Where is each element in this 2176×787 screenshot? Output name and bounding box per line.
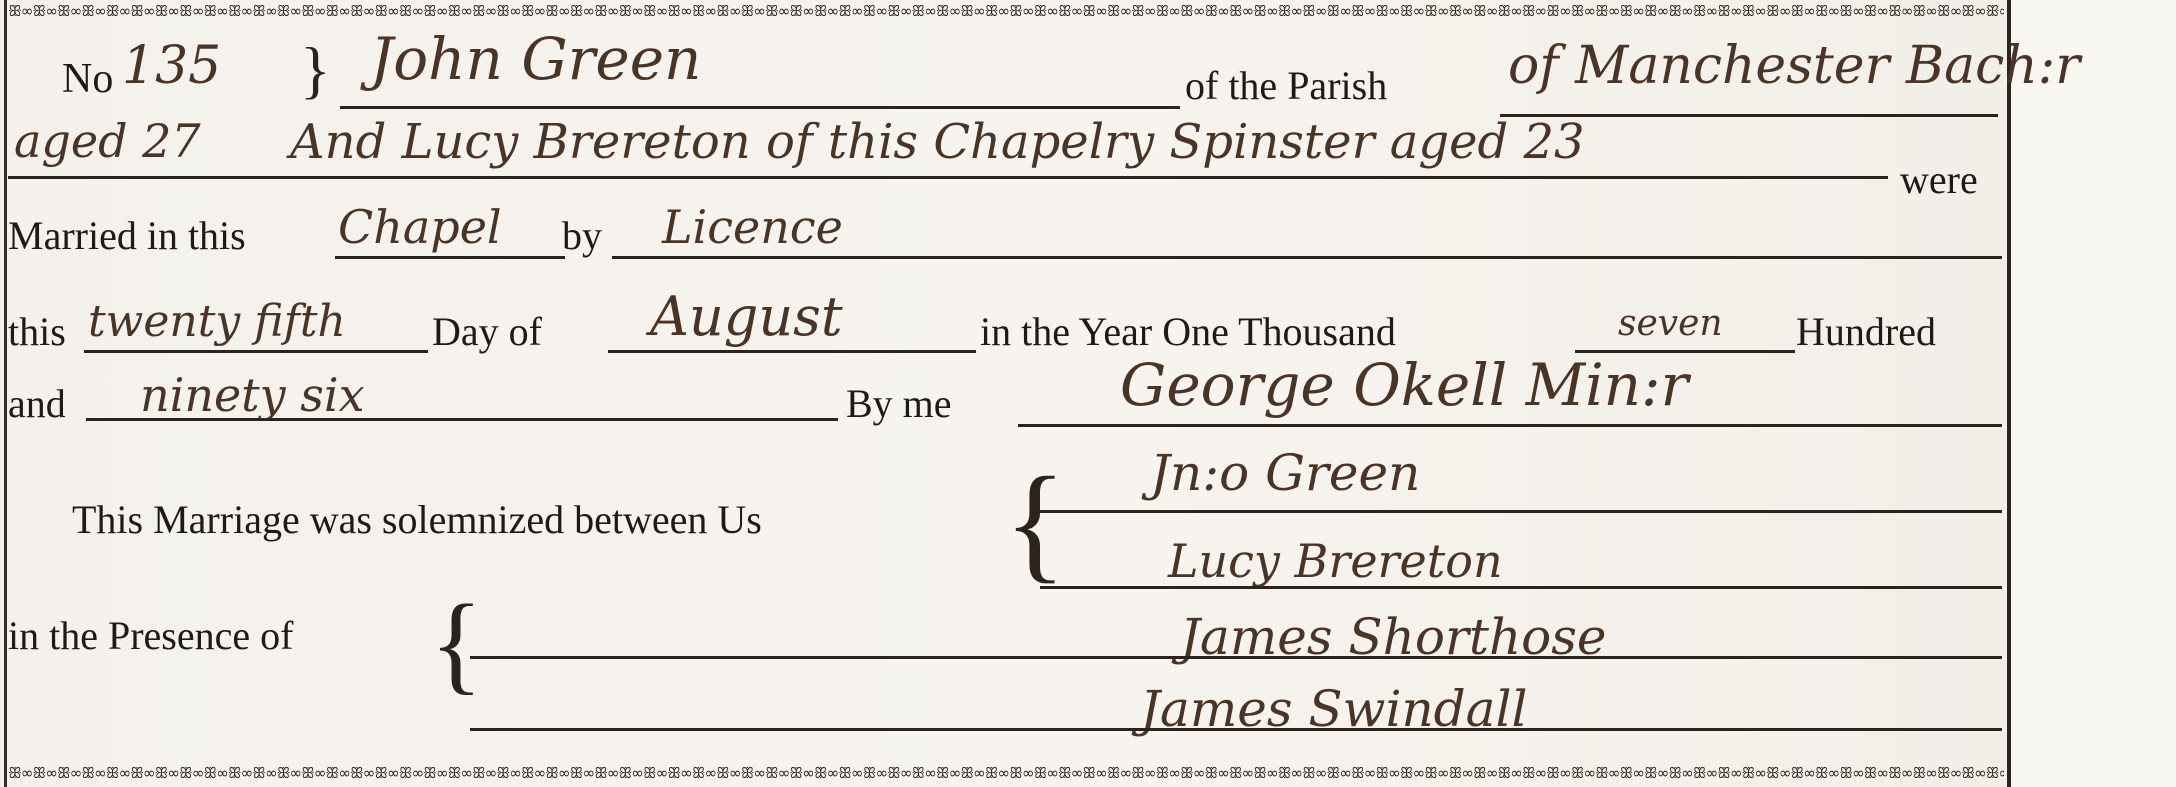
groom-age: aged 27: [14, 118, 201, 164]
brace-icon: }: [300, 38, 331, 102]
bride-line: And Lucy Brereton of this Chapelry Spins…: [290, 118, 1585, 166]
witness-signature-1: James Shorthose: [1180, 612, 1607, 662]
solemnized-label: This Marriage was solemnized between Us: [72, 500, 762, 540]
officiant-line: [1018, 424, 2002, 427]
presence-label: in the Presence of: [8, 616, 293, 656]
officiant-signature: George Okell Min:r: [1120, 356, 1688, 414]
ornamental-border-top: ꕥ∞ꕥ∞ꕥ∞ꕥ∞ꕥ∞ꕥ∞ꕥ∞ꕥ∞ꕥ∞ꕥ∞ꕥ∞ꕥ∞ꕥ∞ꕥ∞ꕥ∞ꕥ∞ꕥ∞ꕥ∞ꕥ∞ꕥ∞…: [8, 0, 2004, 22]
bride-line-rule: [8, 176, 1888, 179]
by-me-label: By me: [846, 384, 952, 424]
day-line: [84, 350, 428, 353]
by-value: Licence: [662, 204, 843, 250]
groom-signature-line: [1040, 510, 2002, 513]
bride-signature-line: [1040, 586, 2002, 589]
married-in-line: [335, 256, 565, 259]
year-label: in the Year One Thousand: [980, 312, 1396, 352]
entry-number-label: No: [62, 58, 113, 100]
day-value: twenty fifth: [88, 300, 346, 344]
witness-line-1: [470, 656, 2002, 659]
ornamental-border-bottom: ꕥ∞ꕥ∞ꕥ∞ꕥ∞ꕥ∞ꕥ∞ꕥ∞ꕥ∞ꕥ∞ꕥ∞ꕥ∞ꕥ∞ꕥ∞ꕥ∞ꕥ∞ꕥ∞ꕥ∞ꕥ∞ꕥ∞ꕥ∞…: [8, 762, 2004, 784]
month-value: August: [650, 290, 843, 344]
century-value: seven: [1618, 306, 1723, 342]
year-value: ninety six: [140, 372, 365, 418]
parish-value: of Manchester Bach:r: [1508, 40, 2080, 92]
by-line: [612, 256, 2002, 259]
brace-icon: {: [430, 588, 483, 698]
were-label: were: [1900, 160, 1978, 200]
this-label: this: [8, 312, 66, 352]
witness-signature-2: James Swindall: [1140, 684, 1527, 734]
groom-name: John Green: [370, 30, 701, 88]
married-in-label: Married in this: [8, 216, 246, 256]
groom-name-line: [340, 106, 1180, 109]
page-margin: [2011, 0, 2176, 787]
brace-icon: {: [1004, 458, 1066, 588]
register-page: ꕥ∞ꕥ∞ꕥ∞ꕥ∞ꕥ∞ꕥ∞ꕥ∞ꕥ∞ꕥ∞ꕥ∞ꕥ∞ꕥ∞ꕥ∞ꕥ∞ꕥ∞ꕥ∞ꕥ∞ꕥ∞ꕥ∞ꕥ∞…: [0, 0, 2176, 787]
left-border-rule: [4, 0, 7, 787]
entry-number: 135: [122, 40, 221, 92]
groom-signature: Jn:o Green: [1150, 448, 1420, 498]
witness-line-2: [470, 728, 2002, 731]
married-in-value: Chapel: [338, 204, 502, 250]
hundred-label: Hundred: [1796, 312, 1936, 352]
by-label: by: [562, 216, 602, 256]
parish-label: of the Parish: [1185, 66, 1387, 106]
day-of-label: Day of: [432, 312, 542, 352]
month-line: [608, 350, 976, 353]
and-label: and: [8, 384, 66, 424]
bride-signature: Lucy Brereton: [1168, 538, 1503, 584]
year-line: [86, 418, 838, 421]
